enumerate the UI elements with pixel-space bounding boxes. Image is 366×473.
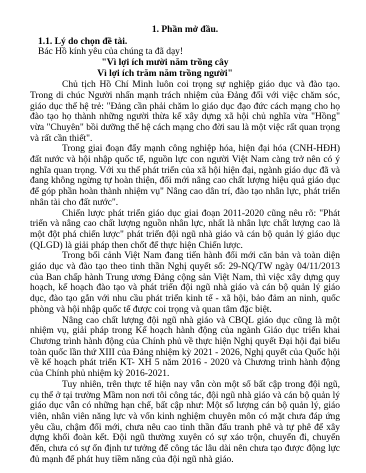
paragraph-4: Trong bối cảnh Việt Nam đang tiến hành đ… <box>30 251 340 315</box>
paragraph-3: Chiến lược phát triển giáo dục giai đoạn… <box>30 209 340 252</box>
intro-line: Bác Hồ kính yêu của chúng ta đã dạy! <box>38 47 340 58</box>
poem-line-1: "Vì lợi ích mười năm trồng cây <box>30 58 300 69</box>
document-page: 1. Phần mở đầu. 1.1. Lý do chọn đề tài. … <box>0 0 366 473</box>
paragraph-2: Trong giai đoạn đẩy mạnh công nghiệp hóa… <box>30 144 340 208</box>
paragraph-5: Nâng cao chất lượng đội ngũ nhà giáo và … <box>30 316 340 380</box>
poem-line-2: Vì lợi ích trăm năm trồng người" <box>30 69 300 80</box>
paragraph-1: Chủ tịch Hồ Chí Minh luôn coi trọng sự n… <box>30 80 340 144</box>
section-heading: 1.1. Lý do chọn đề tài. <box>38 37 340 48</box>
poem-quote: "Vì lợi ích mười năm trồng cây Vì lợi íc… <box>30 58 300 79</box>
document-title: 1. Phần mở đầu. <box>30 25 340 36</box>
paragraph-6: Tuy nhiên, trên thực tế hiện nay vẫn còn… <box>30 380 340 466</box>
